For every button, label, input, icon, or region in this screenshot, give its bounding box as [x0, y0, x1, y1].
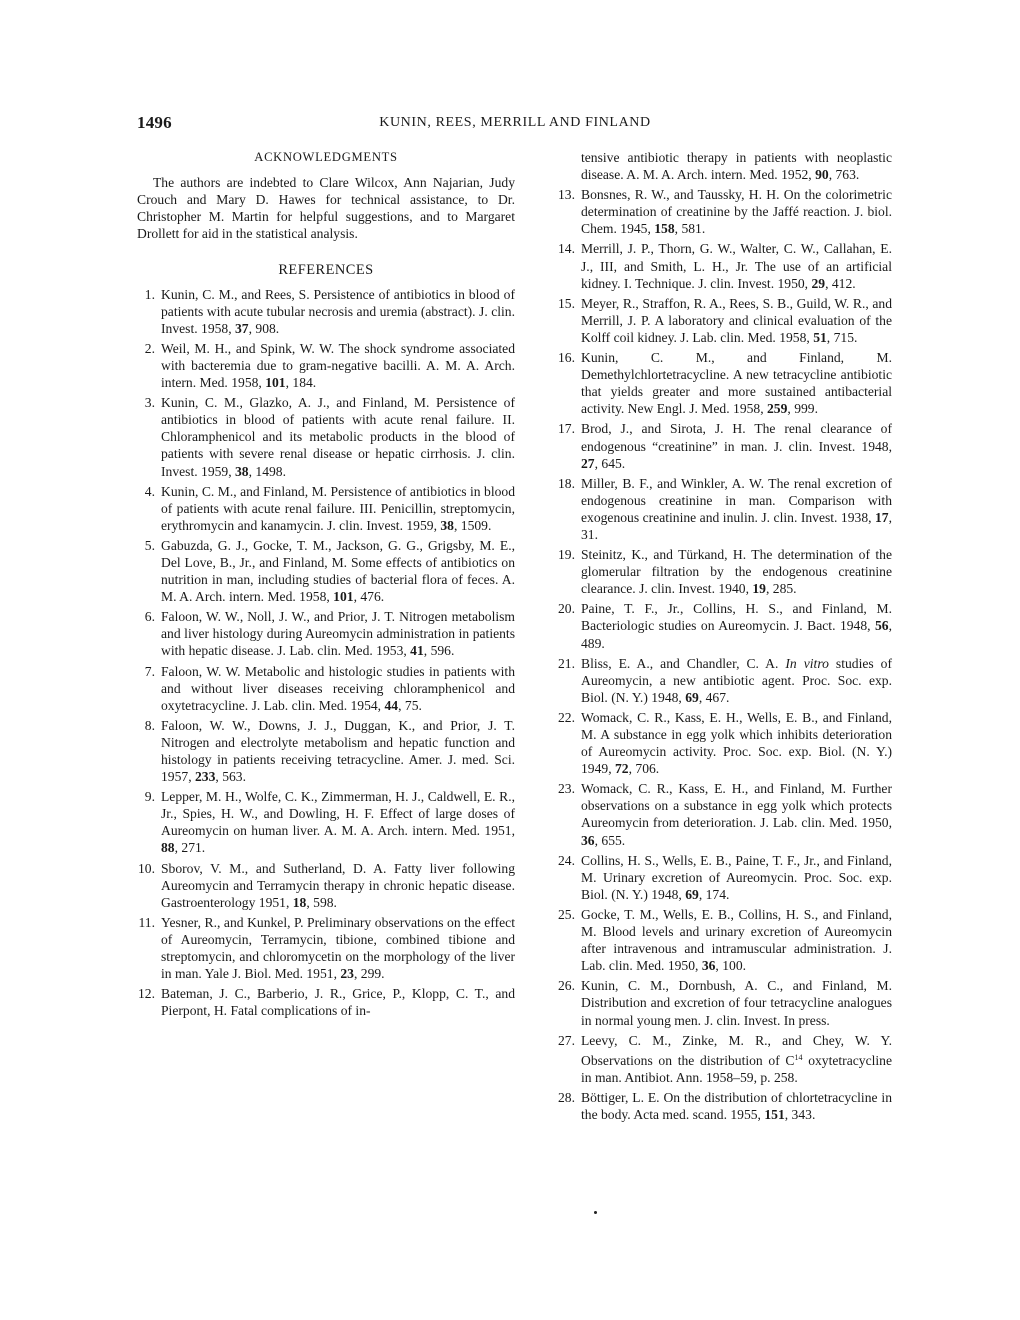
reference-volume: 37: [232, 321, 249, 336]
isotope-superscript: 14: [795, 1053, 803, 1062]
reference-text: Kunin, C. M., and Finland, M. Persistenc…: [161, 483, 515, 534]
reference-pages: , 999.: [787, 401, 818, 416]
reference-entry: 20.Paine, T. F., Jr., Collins, H. S., an…: [557, 600, 892, 651]
reference-number: 12.: [130, 985, 155, 1002]
reference-citation: Womack, C. R., Kass, E. H., and Finland,…: [581, 781, 892, 830]
reference-pages: , 184.: [286, 375, 317, 390]
reference-entry: 10.Sborov, V. M., and Sutherland, D. A. …: [137, 860, 515, 911]
reference-entry: 14.Merrill, J. P., Thorn, G. W., Walter,…: [557, 240, 892, 291]
reference-volume: 56: [871, 618, 889, 633]
reference-volume: 38: [232, 464, 249, 479]
reference-pages: , 467.: [699, 690, 730, 705]
reference-number: 15.: [550, 295, 575, 312]
reference-entry: 9.Lepper, M. H., Wolfe, C. K., Zimmerman…: [137, 788, 515, 856]
reference-pages: , 75.: [398, 698, 422, 713]
reference-number: 10.: [130, 860, 155, 877]
reference-number: 26.: [550, 977, 575, 994]
reference-entry: 7.Faloon, W. W. Metabolic and histologic…: [137, 663, 515, 714]
reference-number: 7.: [137, 663, 155, 680]
reference-pages: , 271.: [175, 840, 206, 855]
reference-citation: Lepper, M. H., Wolfe, C. K., Zimmerman, …: [161, 789, 515, 838]
reference-entry: 23.Womack, C. R., Kass, E. H., and Finla…: [557, 780, 892, 848]
reference-volume: 233: [192, 769, 216, 784]
reference-entry: 4.Kunin, C. M., and Finland, M. Persiste…: [137, 483, 515, 534]
reference-entry: 8.Faloon, W. W., Downs, J. J., Duggan, K…: [137, 717, 515, 785]
reference-number: 17.: [550, 420, 575, 437]
reference-pages: , 598.: [306, 895, 337, 910]
reference-text: Meyer, R., Straffon, R. A., Rees, S. B.,…: [581, 295, 892, 346]
acknowledgments-text: The authors are indebted to Clare Wilcox…: [137, 174, 515, 242]
reference-text: Paine, T. F., Jr., Collins, H. S., and F…: [581, 600, 892, 651]
reference-volume: 101: [330, 589, 354, 604]
reference-entry: 22.Womack, C. R., Kass, E. H., Wells, E.…: [557, 709, 892, 777]
reference-volume: 259: [764, 401, 788, 416]
reference-entry: 27.Leevy, C. M., Zinke, M. R., and Chey,…: [557, 1032, 892, 1086]
reference-number: 8.: [137, 717, 155, 734]
reference-entry: 16.Kunin, C. M., and Finland, M. Demethy…: [557, 349, 892, 417]
reference-citation: Bateman, J. C., Barberio, J. R., Grice, …: [161, 986, 515, 1018]
running-head: KUNIN, REES, MERRILL AND FINLAND: [0, 115, 1020, 131]
reference-volume: 19: [749, 581, 766, 596]
reference-volume: 36: [698, 958, 715, 973]
reference-citation: Bonsnes, R. W., and Taussky, H. H. On th…: [581, 187, 892, 236]
reference-entry: 28.Böttiger, L. E. On the distribution o…: [557, 1089, 892, 1123]
reference-citation: Böttiger, L. E. On the distribution of c…: [581, 1090, 892, 1122]
reference-number: 18.: [550, 475, 575, 492]
reference-pages: , 285.: [766, 581, 797, 596]
reference-citation: Collins, H. S., Wells, E. B., Paine, T. …: [581, 853, 892, 902]
reference-number: 19.: [550, 546, 575, 563]
reference-number: 13.: [550, 186, 575, 203]
reference-citation: Paine, T. F., Jr., Collins, H. S., and F…: [581, 601, 892, 633]
reference-pages: , 596.: [424, 643, 455, 658]
reference-pages: , 581.: [675, 221, 706, 236]
reference-citation: Faloon, W. W., Noll, J. W., and Prior, J…: [161, 609, 515, 658]
reference-number: 25.: [550, 906, 575, 923]
reference-citation: Brod, J., and Sirota, J. H. The renal cl…: [581, 421, 892, 453]
reference-pages: , 412.: [825, 276, 856, 291]
reference-number: 16.: [550, 349, 575, 366]
reference-entry: 2.Weil, M. H., and Spink, W. W. The shoc…: [137, 340, 515, 391]
reference-entry: 21.Bliss, E. A., and Chandler, C. A. In …: [557, 655, 892, 706]
reference-citation: Kunin, C. M., and Rees, S. Persistence o…: [161, 287, 515, 336]
left-column: ACKNOWLEDGMENTS The authors are indebted…: [137, 149, 515, 1022]
reference-number: 23.: [550, 780, 575, 797]
reference-list-right: tensive antibiotic therapy in patients w…: [557, 149, 892, 1123]
reference-pages: , 655.: [595, 833, 626, 848]
reference-pages: , 343.: [785, 1107, 816, 1122]
reference-pages: , 645.: [595, 456, 626, 471]
reference-volume: 88: [161, 840, 175, 855]
reference-text: Steinitz, K., and Türkand, H. The determ…: [581, 546, 892, 597]
reference-text: Miller, B. F., and Winkler, A. W. The re…: [581, 475, 892, 543]
reference-number: 4.: [137, 483, 155, 500]
right-column: tensive antibiotic therapy in patients w…: [557, 149, 892, 1126]
reference-text: Faloon, W. W. Metabolic and histologic s…: [161, 663, 515, 714]
reference-entry: 13.Bonsnes, R. W., and Taussky, H. H. On…: [557, 186, 892, 237]
reference-text: Leevy, C. M., Zinke, M. R., and Chey, W.…: [581, 1032, 892, 1086]
reference-volume: 101: [262, 375, 286, 390]
reference-pages: , 715.: [827, 330, 858, 345]
reference-entry: 1.Kunin, C. M., and Rees, S. Persistence…: [137, 286, 515, 337]
reference-pages: , 100.: [715, 958, 746, 973]
reference-citation: Miller, B. F., and Winkler, A. W. The re…: [581, 476, 892, 525]
reference-number: 2.: [137, 340, 155, 357]
reference-number: 14.: [550, 240, 575, 257]
reference-number: 9.: [137, 788, 155, 805]
reference-pages: , 908.: [249, 321, 280, 336]
reference-text: Merrill, J. P., Thorn, G. W., Walter, C.…: [581, 240, 892, 291]
reference-text: Gabuzda, G. J., Gocke, T. M., Jackson, G…: [161, 537, 515, 605]
reference-number: 20.: [550, 600, 575, 617]
reference-authors: Bliss, E. A., and Chandler, C. A.: [581, 656, 785, 671]
reference-list-left: 1.Kunin, C. M., and Rees, S. Persistence…: [137, 286, 515, 1020]
reference-volume: 17: [872, 510, 889, 525]
reference-text: Womack, C. R., Kass, E. H., and Finland,…: [581, 780, 892, 848]
reference-entry: 3.Kunin, C. M., Glazko, A. J., and Finla…: [137, 394, 515, 479]
reference-italic-phrase: In vitro: [785, 656, 829, 671]
reference-text: Womack, C. R., Kass, E. H., Wells, E. B.…: [581, 709, 892, 777]
reference-pages: , 1498.: [249, 464, 286, 479]
reference-entry: 24.Collins, H. S., Wells, E. B., Paine, …: [557, 852, 892, 903]
reference-continuation: tensive antibiotic therapy in patients w…: [557, 149, 892, 183]
reference-number: 21.: [550, 655, 575, 672]
reference-number: 6.: [137, 608, 155, 625]
reference-entry: 12.Bateman, J. C., Barberio, J. R., Gric…: [137, 985, 515, 1019]
reference-volume: 90: [812, 167, 829, 182]
reference-citation: Kunin, C. M., Dornbush, A. C., and Finla…: [581, 978, 892, 1027]
reference-text: Brod, J., and Sirota, J. H. The renal cl…: [581, 420, 892, 471]
reference-entry: 5.Gabuzda, G. J., Gocke, T. M., Jackson,…: [137, 537, 515, 605]
reference-number: 22.: [550, 709, 575, 726]
reference-text: Kunin, C. M., and Finland, M. Demethylch…: [581, 349, 892, 417]
reference-text: Sborov, V. M., and Sutherland, D. A. Fat…: [161, 860, 515, 911]
reference-entry: 18.Miller, B. F., and Winkler, A. W. The…: [557, 475, 892, 543]
reference-pages: , 476.: [354, 589, 385, 604]
reference-number: 27.: [550, 1032, 575, 1049]
reference-citation: Weil, M. H., and Spink, W. W. The shock …: [161, 341, 515, 390]
reference-pages: , 174.: [699, 887, 730, 902]
reference-volume: 51: [810, 330, 827, 345]
reference-text: Lepper, M. H., Wolfe, C. K., Zimmerman, …: [161, 788, 515, 856]
reference-number: 1.: [137, 286, 155, 303]
reference-volume: 29: [808, 276, 825, 291]
reference-text: Kunin, C. M., and Rees, S. Persistence o…: [161, 286, 515, 337]
reference-text: Kunin, C. M., Glazko, A. J., and Finland…: [161, 394, 515, 479]
references-heading: REFERENCES: [137, 262, 515, 279]
reference-text: Bateman, J. C., Barberio, J. R., Grice, …: [161, 985, 515, 1019]
reference-volume: 36: [581, 833, 595, 848]
reference-volume: 27: [581, 456, 595, 471]
reference-number: 11.: [130, 914, 155, 931]
reference-text: Gocke, T. M., Wells, E. B., Collins, H. …: [581, 906, 892, 974]
reference-entry: 6.Faloon, W. W., Noll, J. W., and Prior,…: [137, 608, 515, 659]
reference-pages: , 299.: [354, 966, 385, 981]
reference-volume: 38: [437, 518, 454, 533]
reference-entry: 11.Yesner, R., and Kunkel, P. Preliminar…: [137, 914, 515, 982]
reference-pages: , 1509.: [454, 518, 491, 533]
reference-text: tensive antibiotic therapy in patients w…: [581, 150, 892, 182]
reference-citation: Kunin, C. M., and Finland, M. Demethylch…: [581, 350, 892, 416]
reference-volume: 158: [651, 221, 675, 236]
reference-volume: 69: [682, 887, 699, 902]
reference-entry: 19.Steinitz, K., and Türkand, H. The det…: [557, 546, 892, 597]
reference-citation: Faloon, W. W. Metabolic and histologic s…: [161, 664, 515, 713]
reference-number: 24.: [550, 852, 575, 869]
reference-entry: 17.Brod, J., and Sirota, J. H. The renal…: [557, 420, 892, 471]
reference-text: Yesner, R., and Kunkel, P. Preliminary o…: [161, 914, 515, 982]
reference-citation: Sborov, V. M., and Sutherland, D. A. Fat…: [161, 861, 515, 910]
reference-citation: Kunin, C. M., Glazko, A. J., and Finland…: [161, 395, 515, 478]
reference-text: Faloon, W. W., Noll, J. W., and Prior, J…: [161, 608, 515, 659]
scan-artifact-dot: [594, 1211, 597, 1214]
reference-text: Faloon, W. W., Downs, J. J., Duggan, K.,…: [161, 717, 515, 785]
reference-text: Kunin, C. M., Dornbush, A. C., and Finla…: [581, 977, 892, 1028]
reference-volume: 41: [407, 643, 424, 658]
reference-number: 28.: [550, 1089, 575, 1106]
reference-number: 5.: [137, 537, 155, 554]
reference-entry: 25.Gocke, T. M., Wells, E. B., Collins, …: [557, 906, 892, 974]
reference-text: Weil, M. H., and Spink, W. W. The shock …: [161, 340, 515, 391]
reference-entry: 26.Kunin, C. M., Dornbush, A. C., and Fi…: [557, 977, 892, 1028]
reference-volume: 72: [612, 761, 629, 776]
reference-volume: 18: [289, 895, 306, 910]
reference-citation: Steinitz, K., and Türkand, H. The determ…: [581, 547, 892, 596]
reference-text: Bliss, E. A., and Chandler, C. A. In vit…: [581, 655, 892, 706]
reference-volume: 23: [337, 966, 354, 981]
reference-number: 3.: [137, 394, 155, 411]
reference-pages: , 763.: [829, 167, 860, 182]
reference-pages: , 563.: [215, 769, 246, 784]
reference-pages: , 706.: [629, 761, 660, 776]
reference-volume: 151: [761, 1107, 785, 1122]
reference-text: Bonsnes, R. W., and Taussky, H. H. On th…: [581, 186, 892, 237]
reference-volume: 69: [682, 690, 699, 705]
acknowledgments-heading: ACKNOWLEDGMENTS: [137, 149, 515, 166]
reference-volume: 44: [381, 698, 398, 713]
reference-entry: 15.Meyer, R., Straffon, R. A., Rees, S. …: [557, 295, 892, 346]
reference-text: Collins, H. S., Wells, E. B., Paine, T. …: [581, 852, 892, 903]
reference-text: Böttiger, L. E. On the distribution of c…: [581, 1089, 892, 1123]
